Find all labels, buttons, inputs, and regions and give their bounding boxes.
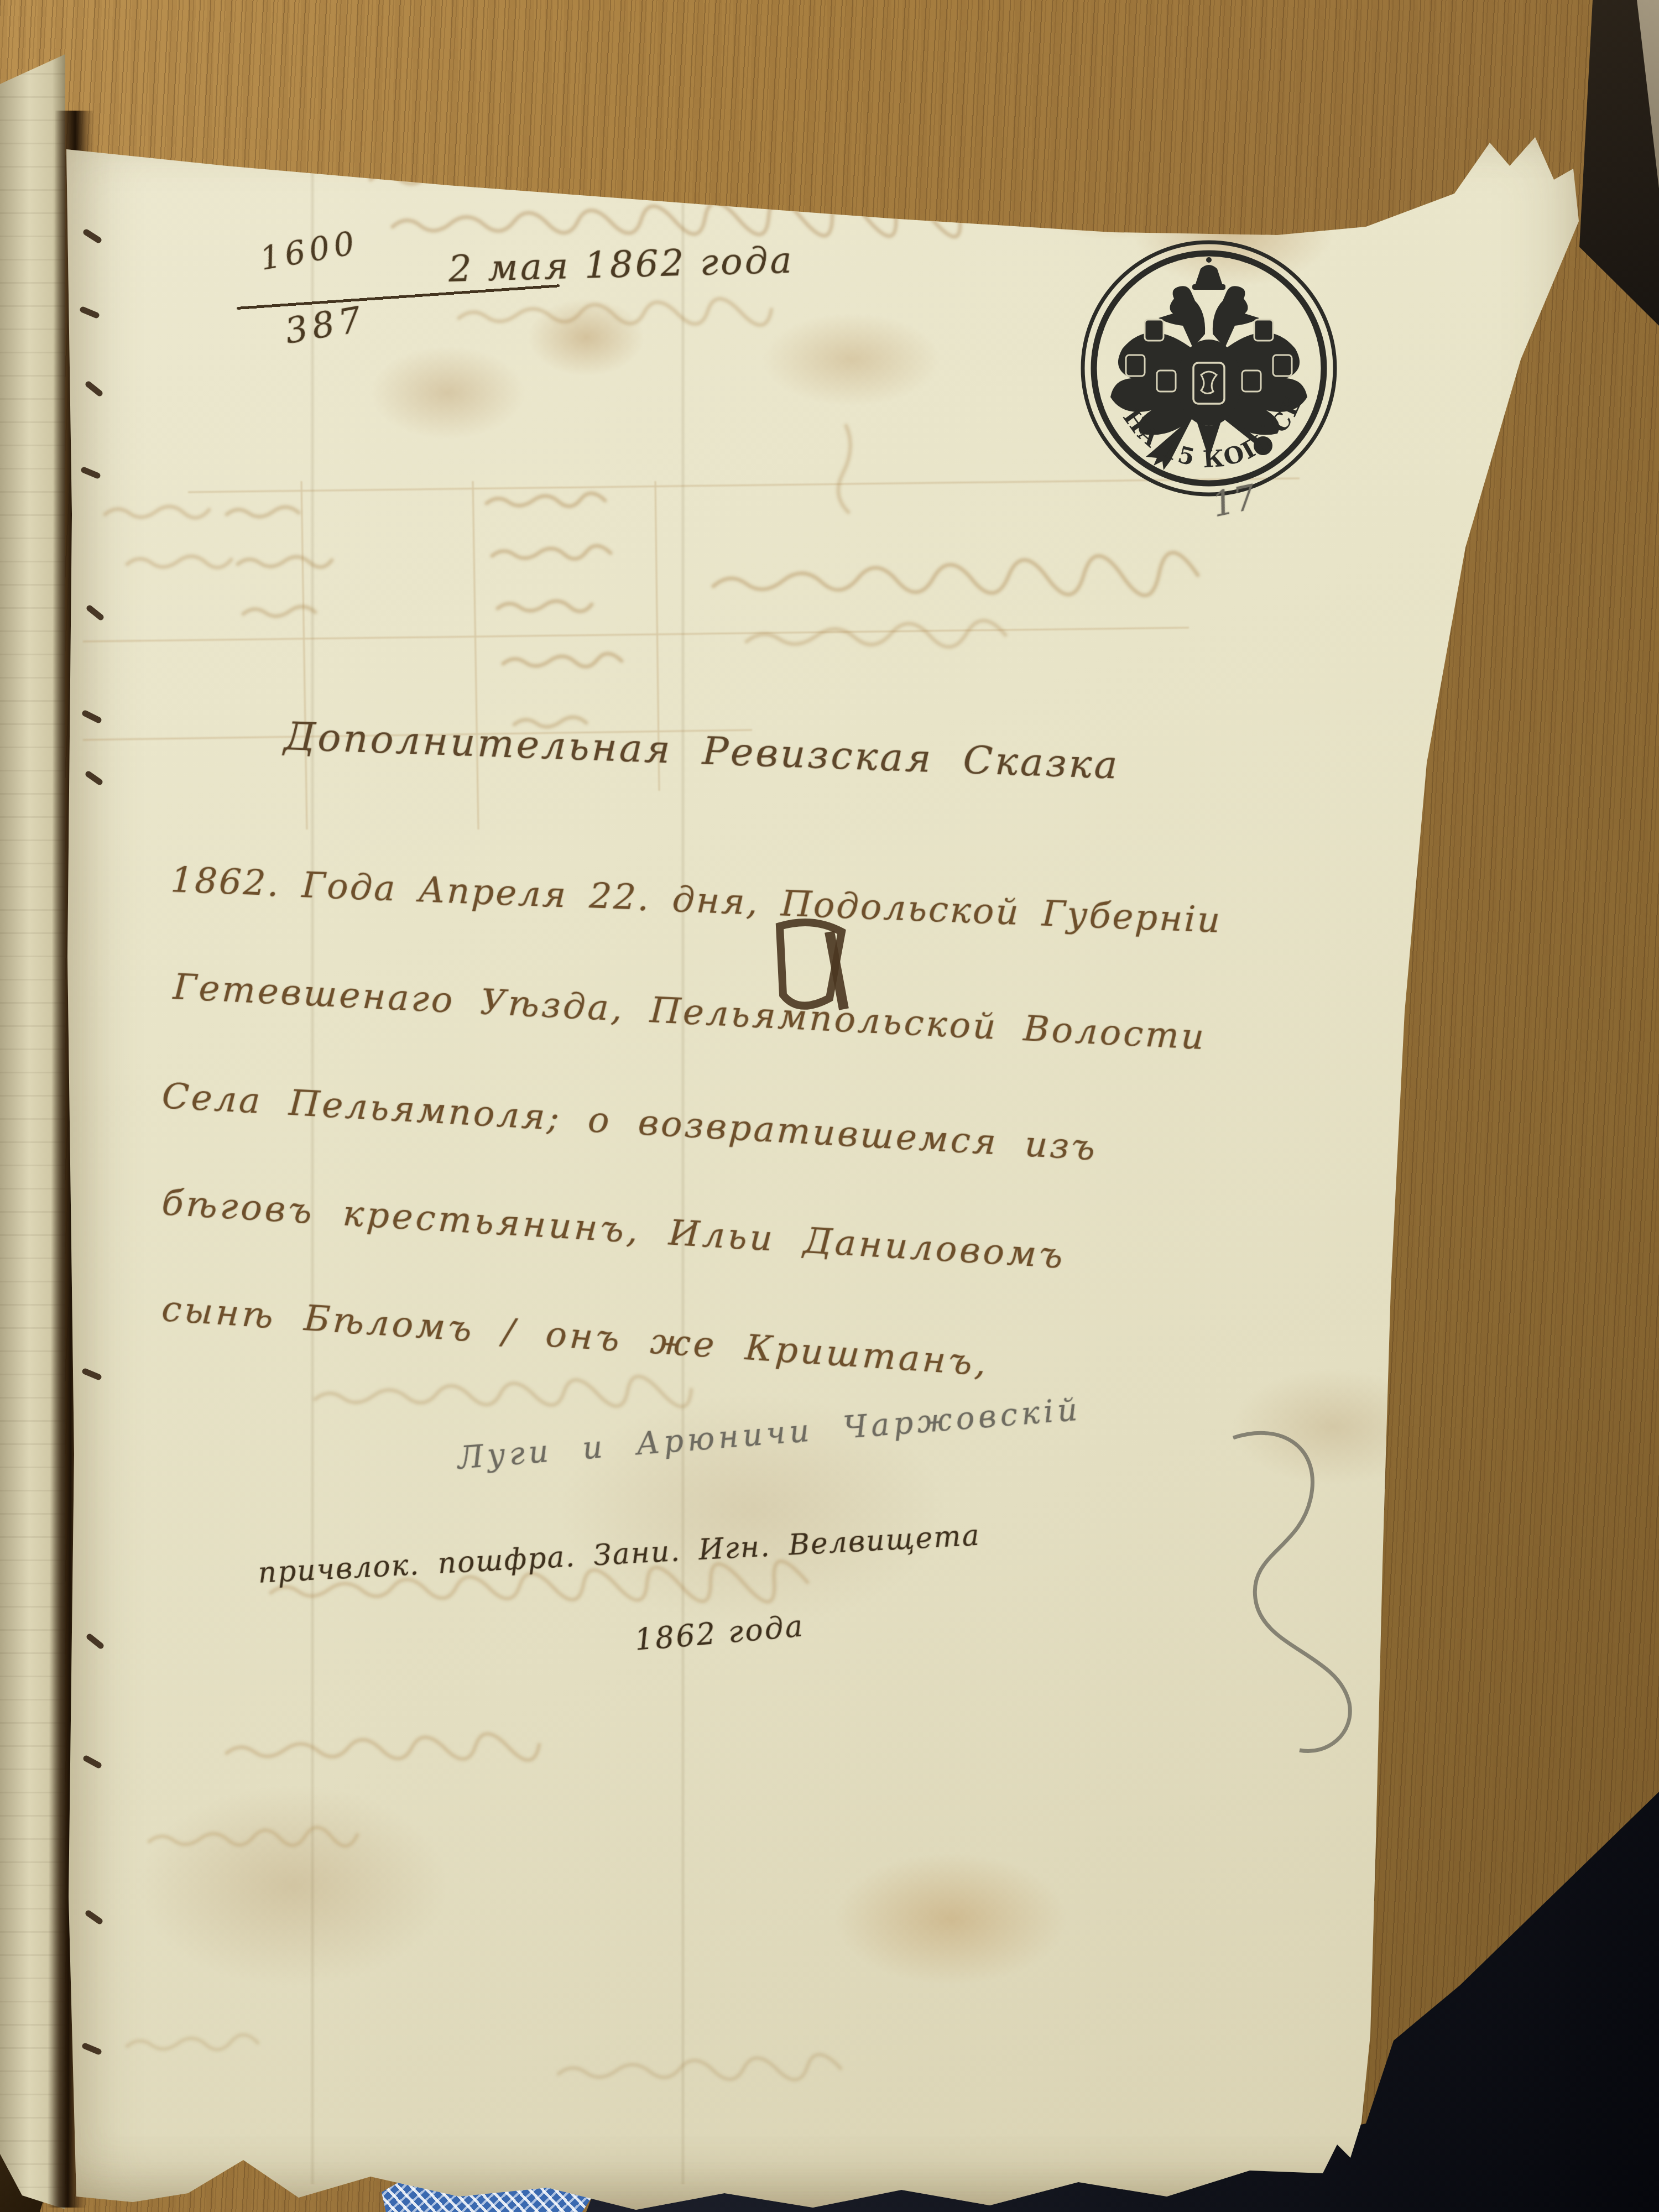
binding-stitch-holes xyxy=(83,232,101,2052)
document-page: 1600 387 2 мая 1862 года xyxy=(61,127,1604,2212)
revenue-stamp: ЦѢНА 15 КОП. СЕР. xyxy=(1078,238,1339,499)
date-annotation: 2 мая 1862 года xyxy=(448,239,795,290)
photo-of-archival-document: 1600 387 2 мая 1862 года xyxy=(0,0,1659,2212)
pencil-flourish xyxy=(1233,1433,1350,1751)
bleed-through-and-marks xyxy=(61,127,1604,2212)
